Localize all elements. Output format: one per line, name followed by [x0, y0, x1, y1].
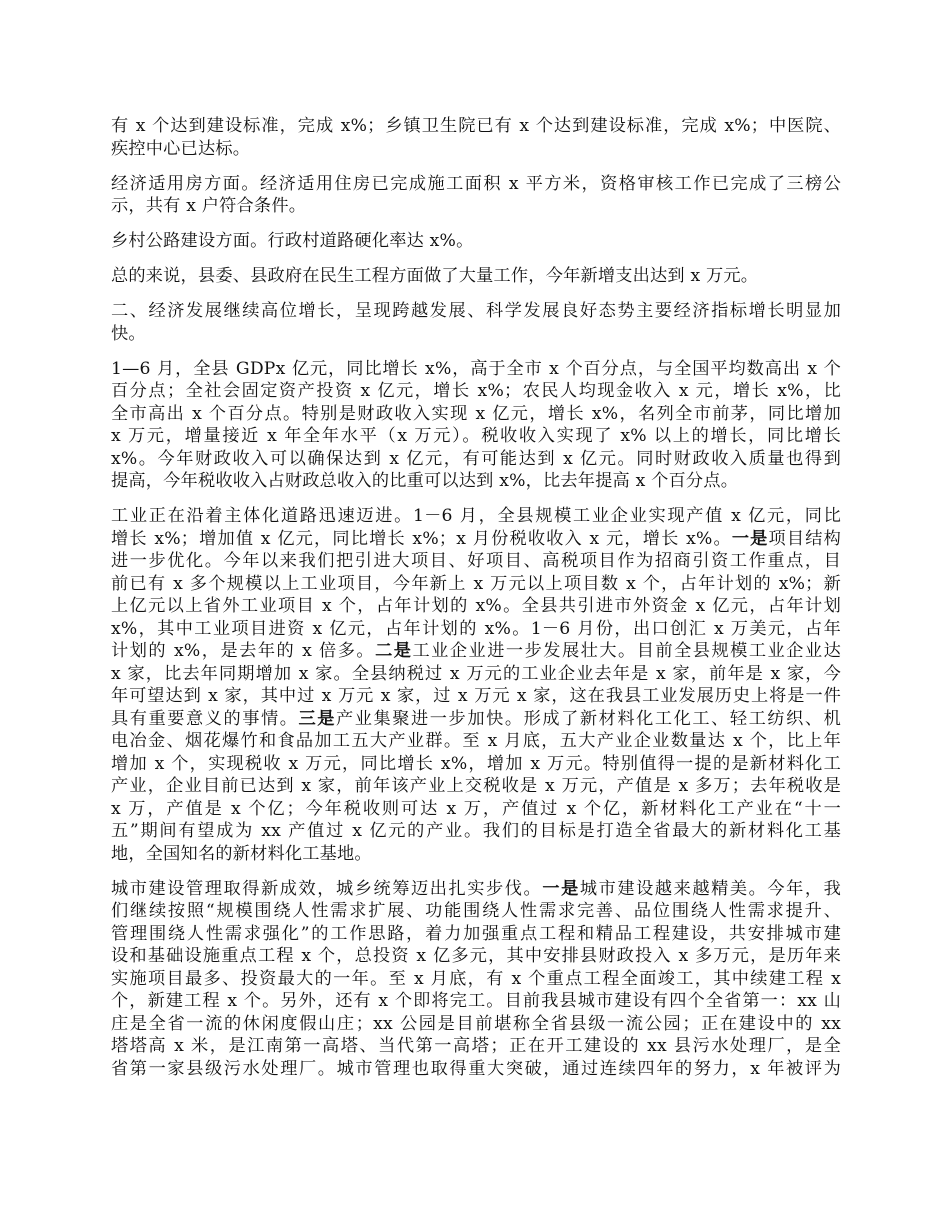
text-line: 产业，企业目前已达到 x 家，前年该产业上交税收是 x 万元，产值是 x 多万；…	[111, 775, 841, 798]
bold-emphasis: 二是	[375, 641, 412, 661]
text-run: 五”期间有望成为 xx 产值过 x 亿元的产业。我们的目标是打造全省最大的新材料…	[111, 821, 841, 841]
text-run: 省第一家县级污水处理厂。城市管理也取得重大突破，通过连续四年的努力，x 年被评为	[111, 1059, 841, 1079]
text-run: 增加 x 个，实现税收 x 万元，同比增长 x%，增加 x 万元。特别值得一提的…	[111, 754, 841, 774]
paragraph: 乡村公路建设方面。行政村道路硬化率达 x%。	[111, 230, 841, 253]
text-line: 增加 x 个，实现税收 x 万元，同比增长 x%，增加 x 万元。特别值得一提的…	[111, 753, 841, 776]
text-run: 设和基础设施重点工程 x 个，总投资 x 亿多元，其中安排县财政投入 x 多万元…	[111, 946, 841, 966]
text-run: 工业企业进一步发展壮大。目前全县规模工业企业达	[412, 641, 841, 661]
text-run: 前已有 x 多个规模以上工业项目，今年新上 x 万元以上项目数 x 个，占年计划…	[111, 574, 841, 594]
text-line: 乡村公路建设方面。行政村道路硬化率达 x%。	[111, 230, 841, 253]
text-line: 1—6 月，全县 GDPx 亿元，同比增长 x%，高于全市 x 个百分点，与全国…	[111, 358, 841, 381]
text-line: 计划的 x%，是去年的 x 倍多。二是工业企业进一步发展壮大。目前全县规模工业企…	[111, 640, 841, 663]
text-line: 示，共有 x 户符合条件。	[111, 195, 841, 218]
text-run: x 家，比去年同期增加 x 家。全县纳税过 x 万元的工业企业去年是 x 家，前…	[111, 664, 841, 684]
text-run: 管理围绕人性需求强化”的工作思路，着力加强重点工程和精品工程建设，共安排城市建	[111, 924, 841, 944]
text-run: 产业集聚进一步加快。形成了新材料化工化工、轻工纺织、机	[336, 709, 841, 729]
paragraph: 工业正在沿着主体化道路迅速迈进。1－6 月，全县规模工业企业实现产值 x 亿元，…	[111, 505, 841, 865]
paragraph: 经济适用房方面。经济适用住房已完成施工面积 x 平方米，资格审核工作已完成了三榜…	[111, 173, 841, 218]
bold-emphasis: 一是	[732, 529, 769, 549]
text-run: 工业正在沿着主体化道路迅速迈进。1－6 月，全县规模工业企业实现产值 x 亿元，…	[111, 506, 841, 526]
text-line: 增长 x%；增加值 x 亿元，同比增长 x%；x 月份税收收入 x 元，增长 x…	[111, 528, 841, 551]
text-line: 个，新建工程 x 个。另外，还有 x 个即将完工。目前我县城市建设有四个全省第一…	[111, 990, 841, 1013]
text-run: 进一步优化。今年以来我们把引进大项目、好项目、高税项目作为招商引资工作重点，目	[111, 551, 841, 571]
text-run: 二、经济发展继续高位增长，呈现跨越发展、科学发展良好态势主要经济指标增长明显加	[111, 301, 841, 321]
text-line: 疾控中心已达标。	[111, 138, 841, 161]
bold-emphasis: 一是	[542, 879, 580, 899]
text-line: 进一步优化。今年以来我们把引进大项目、好项目、高税项目作为招商引资工作重点，目	[111, 550, 841, 573]
text-run: 项目结构	[769, 529, 841, 549]
text-line: 总的来说，县委、县政府在民生工程方面做了大量工作，今年新增支出达到 x 万元。	[111, 265, 841, 288]
text-run: 上亿元以上省外工业项目 x 个，占年计划的 x%。全县共引进市外资金 x 亿元，…	[111, 596, 841, 616]
text-line: 们继续按照“规模围绕人性需求扩展、功能围绕人性需求完善、品位围绕人性需求提升、	[111, 900, 841, 923]
text-line: x 万，产值是 x 个亿；今年税收则可达 x 万，产值过 x 个亿，新材料化工产…	[111, 798, 841, 821]
text-line: 庄是全省一流的休闲度假山庄；xx 公园是目前堪称全省县级一流公园；正在建设中的 …	[111, 1013, 841, 1036]
text-run: 具有重要意义的事情。	[111, 709, 299, 729]
text-run: 示，共有 x 户符合条件。	[111, 196, 306, 216]
paragraph: 二、经济发展继续高位增长，呈现跨越发展、科学发展良好态势主要经济指标增长明显加快…	[111, 300, 841, 345]
text-line: 二、经济发展继续高位增长，呈现跨越发展、科学发展良好态势主要经济指标增长明显加	[111, 300, 841, 323]
text-line: 五”期间有望成为 xx 产值过 x 亿元的产业。我们的目标是打造全省最大的新材料…	[111, 820, 841, 843]
text-run: 乡村公路建设方面。行政村道路硬化率达 x%。	[111, 231, 473, 251]
text-run: x%。今年财政收入可以确保达到 x 亿元，有可能达到 x 亿元。同时财政收入质量…	[111, 449, 841, 469]
text-line: 有 x 个达到建设标准，完成 x%；乡镇卫生院已有 x 个达到建设标准，完成 x…	[111, 115, 841, 138]
text-run: 个，新建工程 x 个。另外，还有 x 个即将完工。目前我县城市建设有四个全省第一…	[111, 991, 841, 1011]
text-line: 前已有 x 多个规模以上工业项目，今年新上 x 万元以上项目数 x 个，占年计划…	[111, 573, 841, 596]
text-line: 经济适用房方面。经济适用住房已完成施工面积 x 平方米，资格审核工作已完成了三榜…	[111, 173, 841, 196]
text-line: 省第一家县级污水处理厂。城市管理也取得重大突破，通过连续四年的努力，x 年被评为	[111, 1058, 841, 1081]
text-run: x 万，产值是 x 个亿；今年税收则可达 x 万，产值过 x 个亿，新材料化工产…	[111, 799, 841, 819]
text-line: 管理围绕人性需求强化”的工作思路，着力加强重点工程和精品工程建设，共安排城市建	[111, 923, 841, 946]
text-run: 全市高出 x 个百分点。特别是财政收入实现 x 亿元，增长 x%，名列全市前茅，…	[111, 404, 841, 424]
text-line: x%，其中工业项目进资 x 亿元，占年计划的 x%。1－6 月份，出口创汇 x …	[111, 618, 841, 641]
document-page: 有 x 个达到建设标准，完成 x%；乡镇卫生院已有 x 个达到建设标准，完成 x…	[111, 115, 841, 1093]
text-run: 城市建设越来越精美。今年，我	[580, 879, 841, 899]
text-run: 经济适用房方面。经济适用住房已完成施工面积 x 平方米，资格审核工作已完成了三榜…	[111, 174, 841, 194]
text-run: 城市建设管理取得新成效，城乡统筹迈出扎实步伐。	[111, 879, 542, 899]
text-run: x%，其中工业项目进资 x 亿元，占年计划的 x%。1－6 月份，出口创汇 x …	[111, 619, 841, 639]
text-line: x 家，比去年同期增加 x 家。全县纳税过 x 万元的工业企业去年是 x 家，前…	[111, 663, 841, 686]
text-run: 1—6 月，全县 GDPx 亿元，同比增长 x%，高于全市 x 个百分点，与全国…	[111, 359, 841, 379]
text-line: 具有重要意义的事情。三是产业集聚进一步加快。形成了新材料化工化工、轻工纺织、机	[111, 708, 841, 731]
text-run: 产业，企业目前已达到 x 家，前年该产业上交税收是 x 万元，产值是 x 多万；…	[111, 776, 841, 796]
text-line: 全市高出 x 个百分点。特别是财政收入实现 x 亿元，增长 x%，名列全市前茅，…	[111, 403, 841, 426]
text-line: 百分点；全社会固定资产投资 x 亿元，增长 x%；农民人均现金收入 x 元，增长…	[111, 380, 841, 403]
text-run: 增长 x%；增加值 x 亿元，同比增长 x%；x 月份税收收入 x 元，增长 x…	[111, 529, 732, 549]
text-line: 实施项目最多、投资最大的一年。至 x 月底，有 x 个重点工程全面竣工，其中续建…	[111, 968, 841, 991]
text-line: 工业正在沿着主体化道路迅速迈进。1－6 月，全县规模工业企业实现产值 x 亿元，…	[111, 505, 841, 528]
text-run: 有 x 个达到建设标准，完成 x%；乡镇卫生院已有 x 个达到建设标准，完成 x…	[111, 116, 841, 136]
text-line: 上亿元以上省外工业项目 x 个，占年计划的 x%。全县共引进市外资金 x 亿元，…	[111, 595, 841, 618]
text-run: 地，全国知名的新材料化工基地。	[111, 844, 372, 864]
text-run: 疾控中心已达标。	[111, 139, 250, 159]
bold-emphasis: 三是	[299, 709, 337, 729]
paragraph: 1—6 月，全县 GDPx 亿元，同比增长 x%，高于全市 x 个百分点，与全国…	[111, 358, 841, 493]
text-run: 实施项目最多、投资最大的一年。至 x 月底，有 x 个重点工程全面竣工，其中续建…	[111, 969, 841, 989]
paragraph: 有 x 个达到建设标准，完成 x%；乡镇卫生院已有 x 个达到建设标准，完成 x…	[111, 115, 841, 160]
text-run: 百分点；全社会固定资产投资 x 亿元，增长 x%；农民人均现金收入 x 元，增长…	[111, 381, 841, 401]
text-line: 电冶金、烟花爆竹和食品加工五大产业群。至 x 月底，五大产业企业数量达 x 个，…	[111, 730, 841, 753]
text-line: 提高，今年税收收入占财政总收入的比重可以达到 x%，比去年提高 x 个百分点。	[111, 470, 841, 493]
text-run: 提高，今年税收收入占财政总收入的比重可以达到 x%，比去年提高 x 个百分点。	[111, 471, 738, 491]
paragraph: 城市建设管理取得新成效，城乡统筹迈出扎实步伐。一是城市建设越来越精美。今年，我们…	[111, 878, 841, 1081]
text-line: 地，全国知名的新材料化工基地。	[111, 843, 841, 866]
text-run: 快。	[111, 324, 146, 344]
text-run: 塔塔高 x 米，是江南第一高塔、当代第一高塔；正在开工建设的 xx 县污水处理厂…	[111, 1036, 841, 1056]
text-run: 总的来说，县委、县政府在民生工程方面做了大量工作，今年新增支出达到 x 万元。	[111, 266, 758, 286]
text-run: 年可望达到 x 家，其中过 x 万元 x 家，过 x 万元 x 家，这在我县工业…	[111, 686, 841, 706]
text-run: 庄是全省一流的休闲度假山庄；xx 公园是目前堪称全省县级一流公园；正在建设中的 …	[111, 1014, 841, 1034]
text-line: 设和基础设施重点工程 x 个，总投资 x 亿多元，其中安排县财政投入 x 多万元…	[111, 945, 841, 968]
text-line: 城市建设管理取得新成效，城乡统筹迈出扎实步伐。一是城市建设越来越精美。今年，我	[111, 878, 841, 901]
paragraph: 总的来说，县委、县政府在民生工程方面做了大量工作，今年新增支出达到 x 万元。	[111, 265, 841, 288]
text-line: x%。今年财政收入可以确保达到 x 亿元，有可能达到 x 亿元。同时财政收入质量…	[111, 448, 841, 471]
text-run: 计划的 x%，是去年的 x 倍多。	[111, 641, 375, 661]
text-line: 年可望达到 x 家，其中过 x 万元 x 家，过 x 万元 x 家，这在我县工业…	[111, 685, 841, 708]
text-run: 们继续按照“规模围绕人性需求扩展、功能围绕人性需求完善、品位围绕人性需求提升、	[111, 901, 841, 921]
text-run: x 万元，增量接近 x 年全年水平（x 万元）。税收收入实现了 x% 以上的增长…	[111, 426, 841, 446]
text-line: 快。	[111, 323, 841, 346]
text-run: 电冶金、烟花爆竹和食品加工五大产业群。至 x 月底，五大产业企业数量达 x 个，…	[111, 731, 841, 751]
text-line: x 万元，增量接近 x 年全年水平（x 万元）。税收收入实现了 x% 以上的增长…	[111, 425, 841, 448]
text-line: 塔塔高 x 米，是江南第一高塔、当代第一高塔；正在开工建设的 xx 县污水处理厂…	[111, 1035, 841, 1058]
